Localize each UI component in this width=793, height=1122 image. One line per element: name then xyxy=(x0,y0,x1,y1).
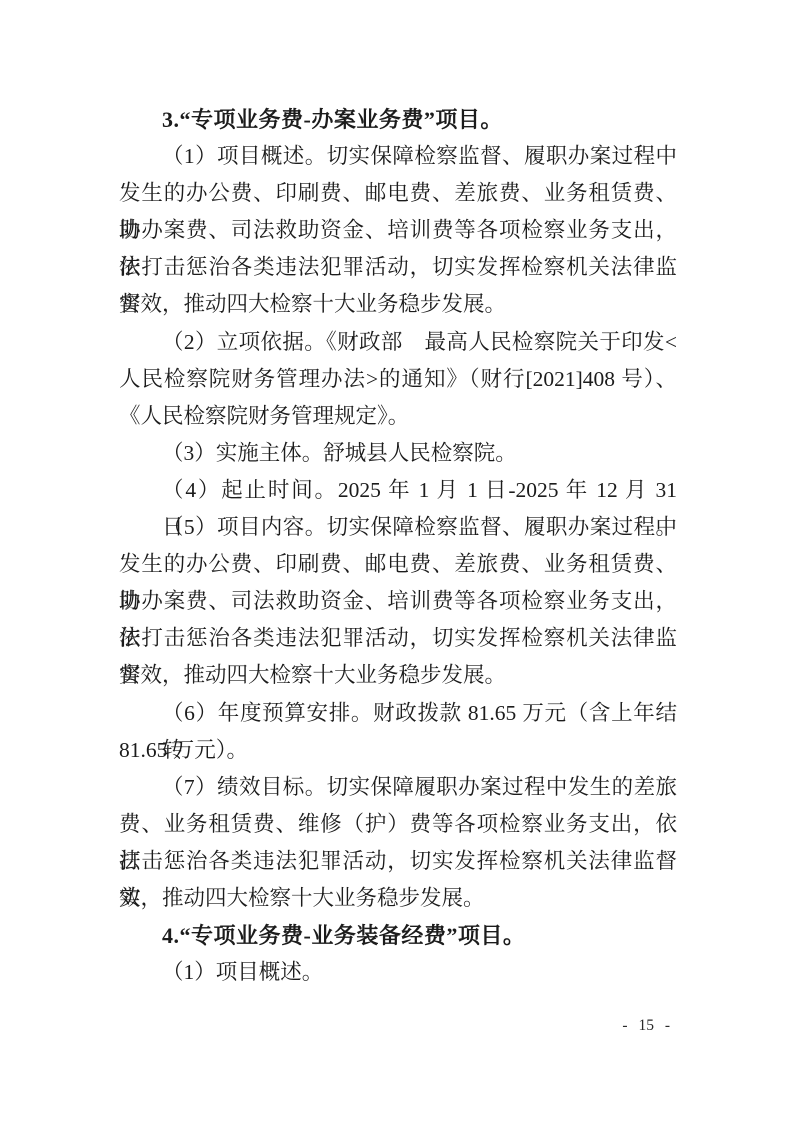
paragraph-line: 《人民检察院财务管理规定》。 xyxy=(119,398,677,435)
paragraph-line: 实效，推动四大检察十大业务稳步发展。 xyxy=(119,657,677,694)
paragraph-line: 法打击惩治各类违法犯罪活动，切实发挥检察机关法律监督 xyxy=(119,620,677,657)
paragraph-line: （6）年度预算安排。财政拨款 81.65 万元（含上年结转 xyxy=(119,695,677,732)
paragraph-line: （2）立项依据。《财政部 最高人民检察院关于印发< xyxy=(119,324,677,361)
document-page: 3.“专项业务费-办案业务费”项目。（1）项目概述。切实保障检察监督、履职办案过… xyxy=(0,0,793,1122)
paragraph-line: 人民检察院财务管理办法>的通知》（财行[2021]408 号）、 xyxy=(119,361,677,398)
paragraph-line: 费、业务租赁费、维修（护）费等各项检察业务支出，依法 xyxy=(119,806,677,843)
paragraph-line: （5）项目内容。切实保障检察监督、履职办案过程中 xyxy=(119,509,677,546)
paragraph-line: 助办案费、司法救助资金、培训费等各项检察业务支出，依 xyxy=(119,212,677,249)
paragraph-line: 效，推动四大检察十大业务稳步发展。 xyxy=(119,880,677,917)
section-heading-line: 4.“专项业务费-业务装备经费”项目。 xyxy=(119,917,677,954)
paragraph-line: 发生的办公费、印刷费、邮电费、差旅费、业务租赁费、协 xyxy=(119,546,677,583)
paragraph-line: 发生的办公费、印刷费、邮电费、差旅费、业务租赁费、协 xyxy=(119,175,677,212)
document-body: 3.“专项业务费-办案业务费”项目。（1）项目概述。切实保障检察监督、履职办案过… xyxy=(119,101,677,991)
paragraph-line: 法打击惩治各类违法犯罪活动，切实发挥检察机关法律监督 xyxy=(119,249,677,286)
paragraph-line: （7）绩效目标。切实保障履职办案过程中发生的差旅 xyxy=(119,769,677,806)
section-heading-line: 3.“专项业务费-办案业务费”项目。 xyxy=(119,101,677,138)
paragraph-line: （1）项目概述。切实保障检察监督、履职办案过程中 xyxy=(119,138,677,175)
paragraph-line: 打击惩治各类违法犯罪活动，切实发挥检察机关法律监督实 xyxy=(119,843,677,880)
page-number: - 15 - xyxy=(622,1015,670,1037)
paragraph-line: 实效，推动四大检察十大业务稳步发展。 xyxy=(119,286,677,323)
paragraph-line: 助办案费、司法救助资金、培训费等各项检察业务支出，依 xyxy=(119,583,677,620)
paragraph-line: （3）实施主体。舒城县人民检察院。 xyxy=(119,435,677,472)
paragraph-line: （4）起止时间。2025 年 1 月 1 日-2025 年 12 月 31 日。 xyxy=(119,472,677,509)
paragraph-line: （1）项目概述。 xyxy=(119,954,677,991)
paragraph-line: 81.65 万元）。 xyxy=(119,732,677,769)
